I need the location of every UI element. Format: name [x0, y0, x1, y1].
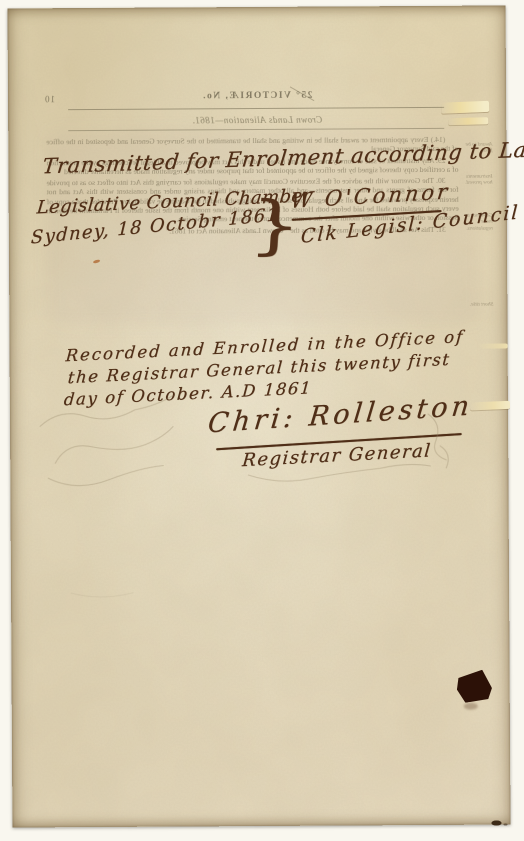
- ink-blot-smudge: [464, 703, 478, 710]
- clerk-signature: W O'Connor: [289, 179, 451, 213]
- brace-glyph: }: [248, 188, 303, 264]
- paper-tear-mark: [470, 401, 510, 411]
- paper-tear-mark: [478, 343, 508, 348]
- handwritten-transmittal: Transmitted for Enrolment according to L…: [41, 137, 524, 178]
- document-scan: 10 25° VICTORIÆ, No. Crown Lands Alienat…: [0, 0, 524, 841]
- dirt-speck: [491, 821, 501, 826]
- handwriting-layer: Transmitted for Enrolment according to L…: [8, 5, 511, 827]
- paper-tear-mark: [441, 101, 489, 114]
- paper-page: 10 25° VICTORIÆ, No. Crown Lands Alienat…: [8, 5, 511, 827]
- dirt-speck: [503, 823, 507, 825]
- paper-tear-mark: [448, 117, 488, 125]
